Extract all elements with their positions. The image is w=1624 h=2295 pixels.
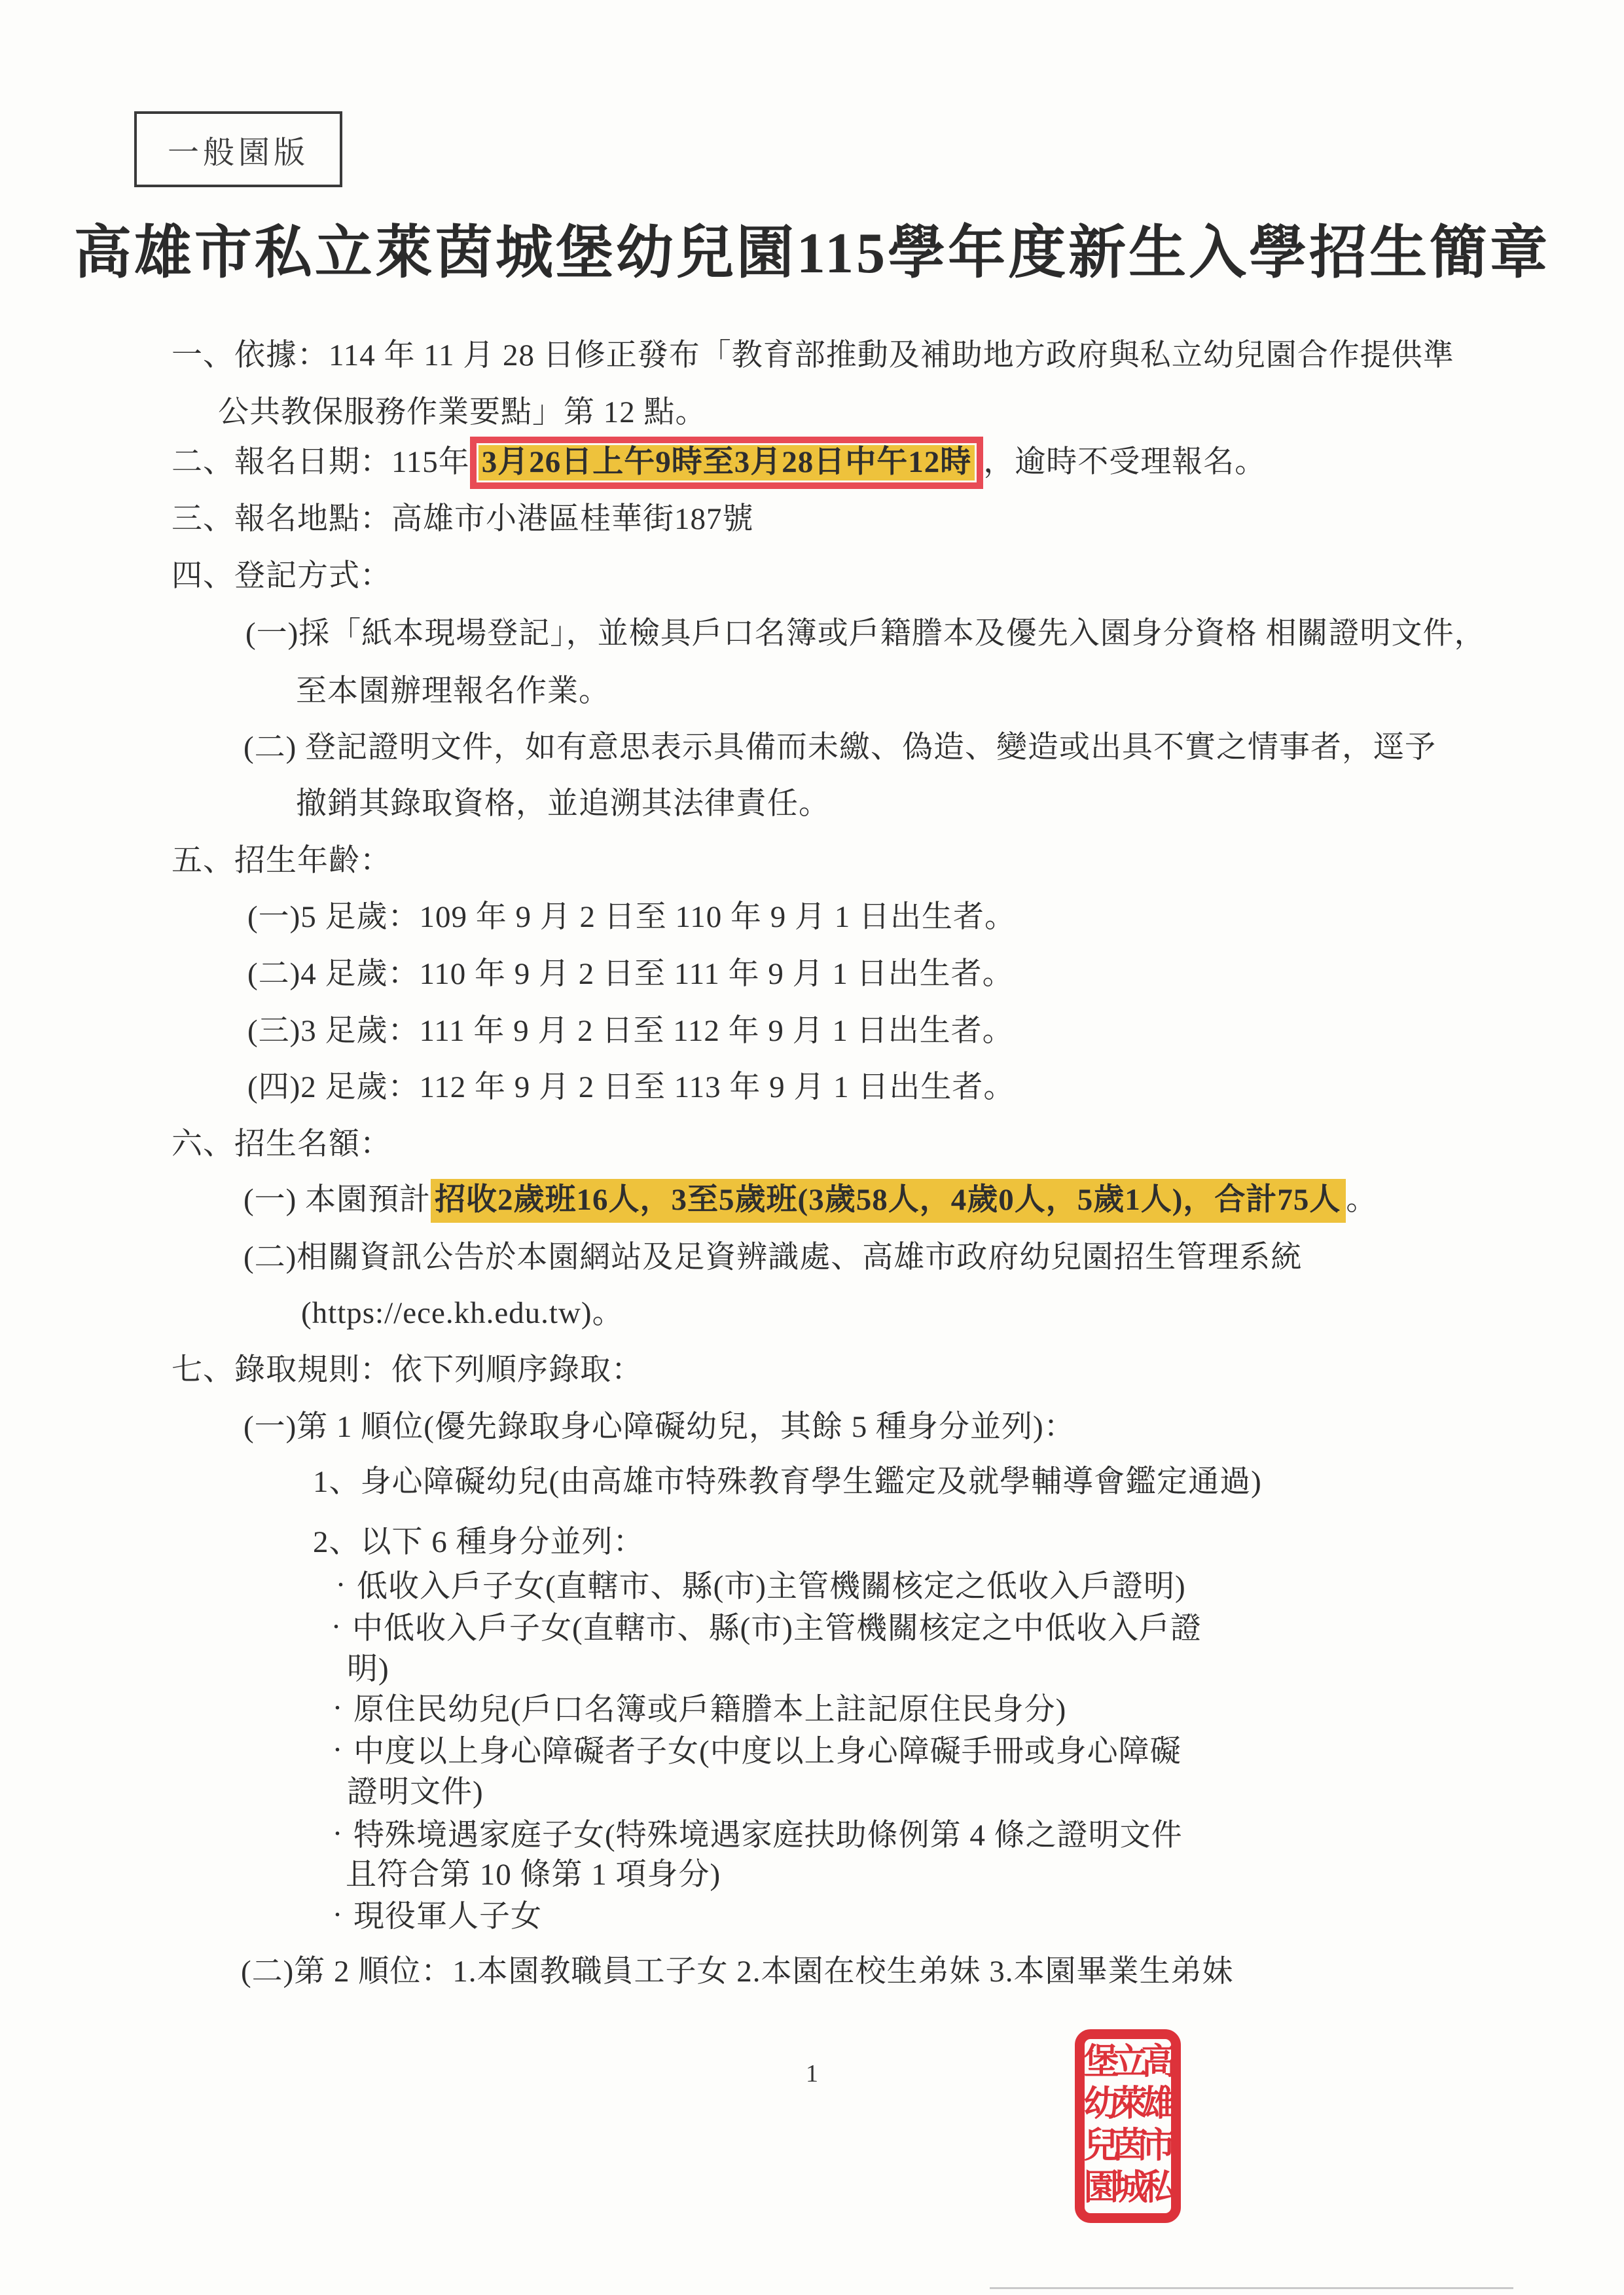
bullet-disabled-parent-line1: ‧中度以上身心障礙者子女(中度以上身心障礙手冊或身心障礙 [322, 1727, 1182, 1771]
item4-2-line2: 撤銷其錄取資格，並追溯其法律責任。 [296, 779, 830, 823]
version-label-box: 一般園版 [134, 111, 342, 187]
item6-1-suffix: 。 [1346, 1183, 1377, 1217]
item7-1-heading: (一)第 1 順位(優先錄取身心障礙幼兒，其餘 5 種身分並列)： [244, 1402, 1075, 1446]
item2-line: 二、報名日期：115年3月26日上午9時至3月28日中午12時，逾時不受理報名。 [171, 437, 1266, 481]
item1-line2: 公共教保服務作業要點」第 12 點。 [218, 388, 707, 431]
bullet-indigenous: ‧原住民幼兒(戶口名簿或戶籍謄本上註記原住民身分) [322, 1685, 1066, 1729]
item3-line: 三、報名地點：高雄市小港區桂華街187號 [171, 494, 754, 538]
item4-2-line1: (二) 登記證明文件，如有意思表示具備而未繳、偽造、變造或出具不實之情事者，逕予 [244, 723, 1436, 767]
item6-1-line: (一) 本園預計招收2歲班16人，3至5歲班(3歲58人，4歲0人，5歲1人)，… [244, 1175, 1377, 1219]
item7-1-sub2: 2、以下 6 種身分並列： [313, 1517, 645, 1561]
item7-1-sub1: 1、身心障礙幼兒(由高雄市特殊教育學生鑑定及就學輔導會鑑定通過) [313, 1457, 1262, 1501]
item2-prefix: 二、報名日期：115年 [171, 445, 470, 479]
scan-artifact-line [990, 2287, 1513, 2289]
item5-heading: 五、招生年齡： [171, 836, 391, 880]
document-page: 一般園版 高雄市私立萊茵城堡幼兒園115學年度新生入學招生簡章 一、依據：114… [0, 0, 1624, 2295]
bullet-low-income: ‧低收入戶子女(直轄市、縣(市)主管機關核定之低收入戶證明) [325, 1562, 1186, 1606]
item5-age2: (四)2 足歲：112 年 9 月 2 日至 113 年 9 月 1 日出生者。 [247, 1062, 1015, 1106]
item5-age3: (三)3 足歲：111 年 9 月 2 日至 112 年 9 月 1 日出生者。 [247, 1006, 1014, 1050]
school-seal: 高雄市私立萊茵城堡幼兒園 [1075, 2029, 1181, 2223]
enrollment-quota-highlight: 招收2歲班16人，3至5歲班(3歲58人，4歲0人，5歲1人)，合計75人 [431, 1179, 1346, 1223]
page-number: 1 [0, 2059, 1624, 2088]
bullet-military: ‧現役軍人子女 [322, 1892, 542, 1936]
bullet-disabled-parent-line2: 證明文件) [347, 1767, 484, 1811]
item2-suffix: ，逾時不受理報名。 [983, 445, 1266, 479]
item6-heading: 六、招生名額： [171, 1119, 391, 1163]
item4-1-line2: 至本園辦理報名作業。 [296, 666, 610, 710]
item7-2-line: (二)第 2 順位：1.本園教職員工子女 2.本園在校生弟妹 3.本園畢業生弟妹 [241, 1947, 1234, 1991]
item4-heading: 四、登記方式： [171, 551, 391, 595]
bullet-special-family-line1: ‧特殊境遇家庭子女(特殊境遇家庭扶助條例第 4 條之證明文件 [322, 1811, 1183, 1854]
item7-heading: 七、錄取規則：依下列順序錄取： [171, 1345, 643, 1389]
item4-1-line1: (一)採「紙本現場登記」，並檢具戶口名簿或戶籍謄本及優先入園身分資格 相關證明文… [245, 609, 1486, 653]
item6-2-line1: (二)相關資訊公告於本園網站及足資辨識處、高雄市政府幼兒園招生管理系統 [244, 1233, 1302, 1276]
registration-date-highlight: 3月26日上午9時至3月28日中午12時 [470, 437, 984, 489]
bullet-mid-low-income-line2: 明) [347, 1644, 389, 1688]
document-title: 高雄市私立萊茵城堡幼兒園115學年度新生入學招生簡章 [0, 207, 1624, 289]
bullet-special-family-line2: 且符合第 10 條第 1 項身分) [346, 1850, 721, 1894]
item5-age4: (二)4 足歲：110 年 9 月 2 日至 111 年 9 月 1 日出生者。 [247, 949, 1014, 993]
bullet-mid-low-income-line1: ‧中低收入戶子女(直轄市、縣(市)主管機關核定之中低收入戶證 [321, 1604, 1202, 1648]
school-seal-text: 高雄市私立萊茵城堡幼兒園 [1085, 2042, 1171, 2210]
item6-1-prefix: (一) 本園預計 [244, 1183, 431, 1217]
item1-line1: 一、依據：114 年 11 月 28 日修正發布「教育部推動及補助地方政府與私立… [171, 331, 1454, 374]
version-label: 一般園版 [168, 127, 309, 172]
item5-age5: (一)5 足歲：109 年 9 月 2 日至 110 年 9 月 1 日出生者。 [247, 892, 1016, 936]
item6-2-url: (https://ece.kh.edu.tw)。 [301, 1288, 624, 1332]
